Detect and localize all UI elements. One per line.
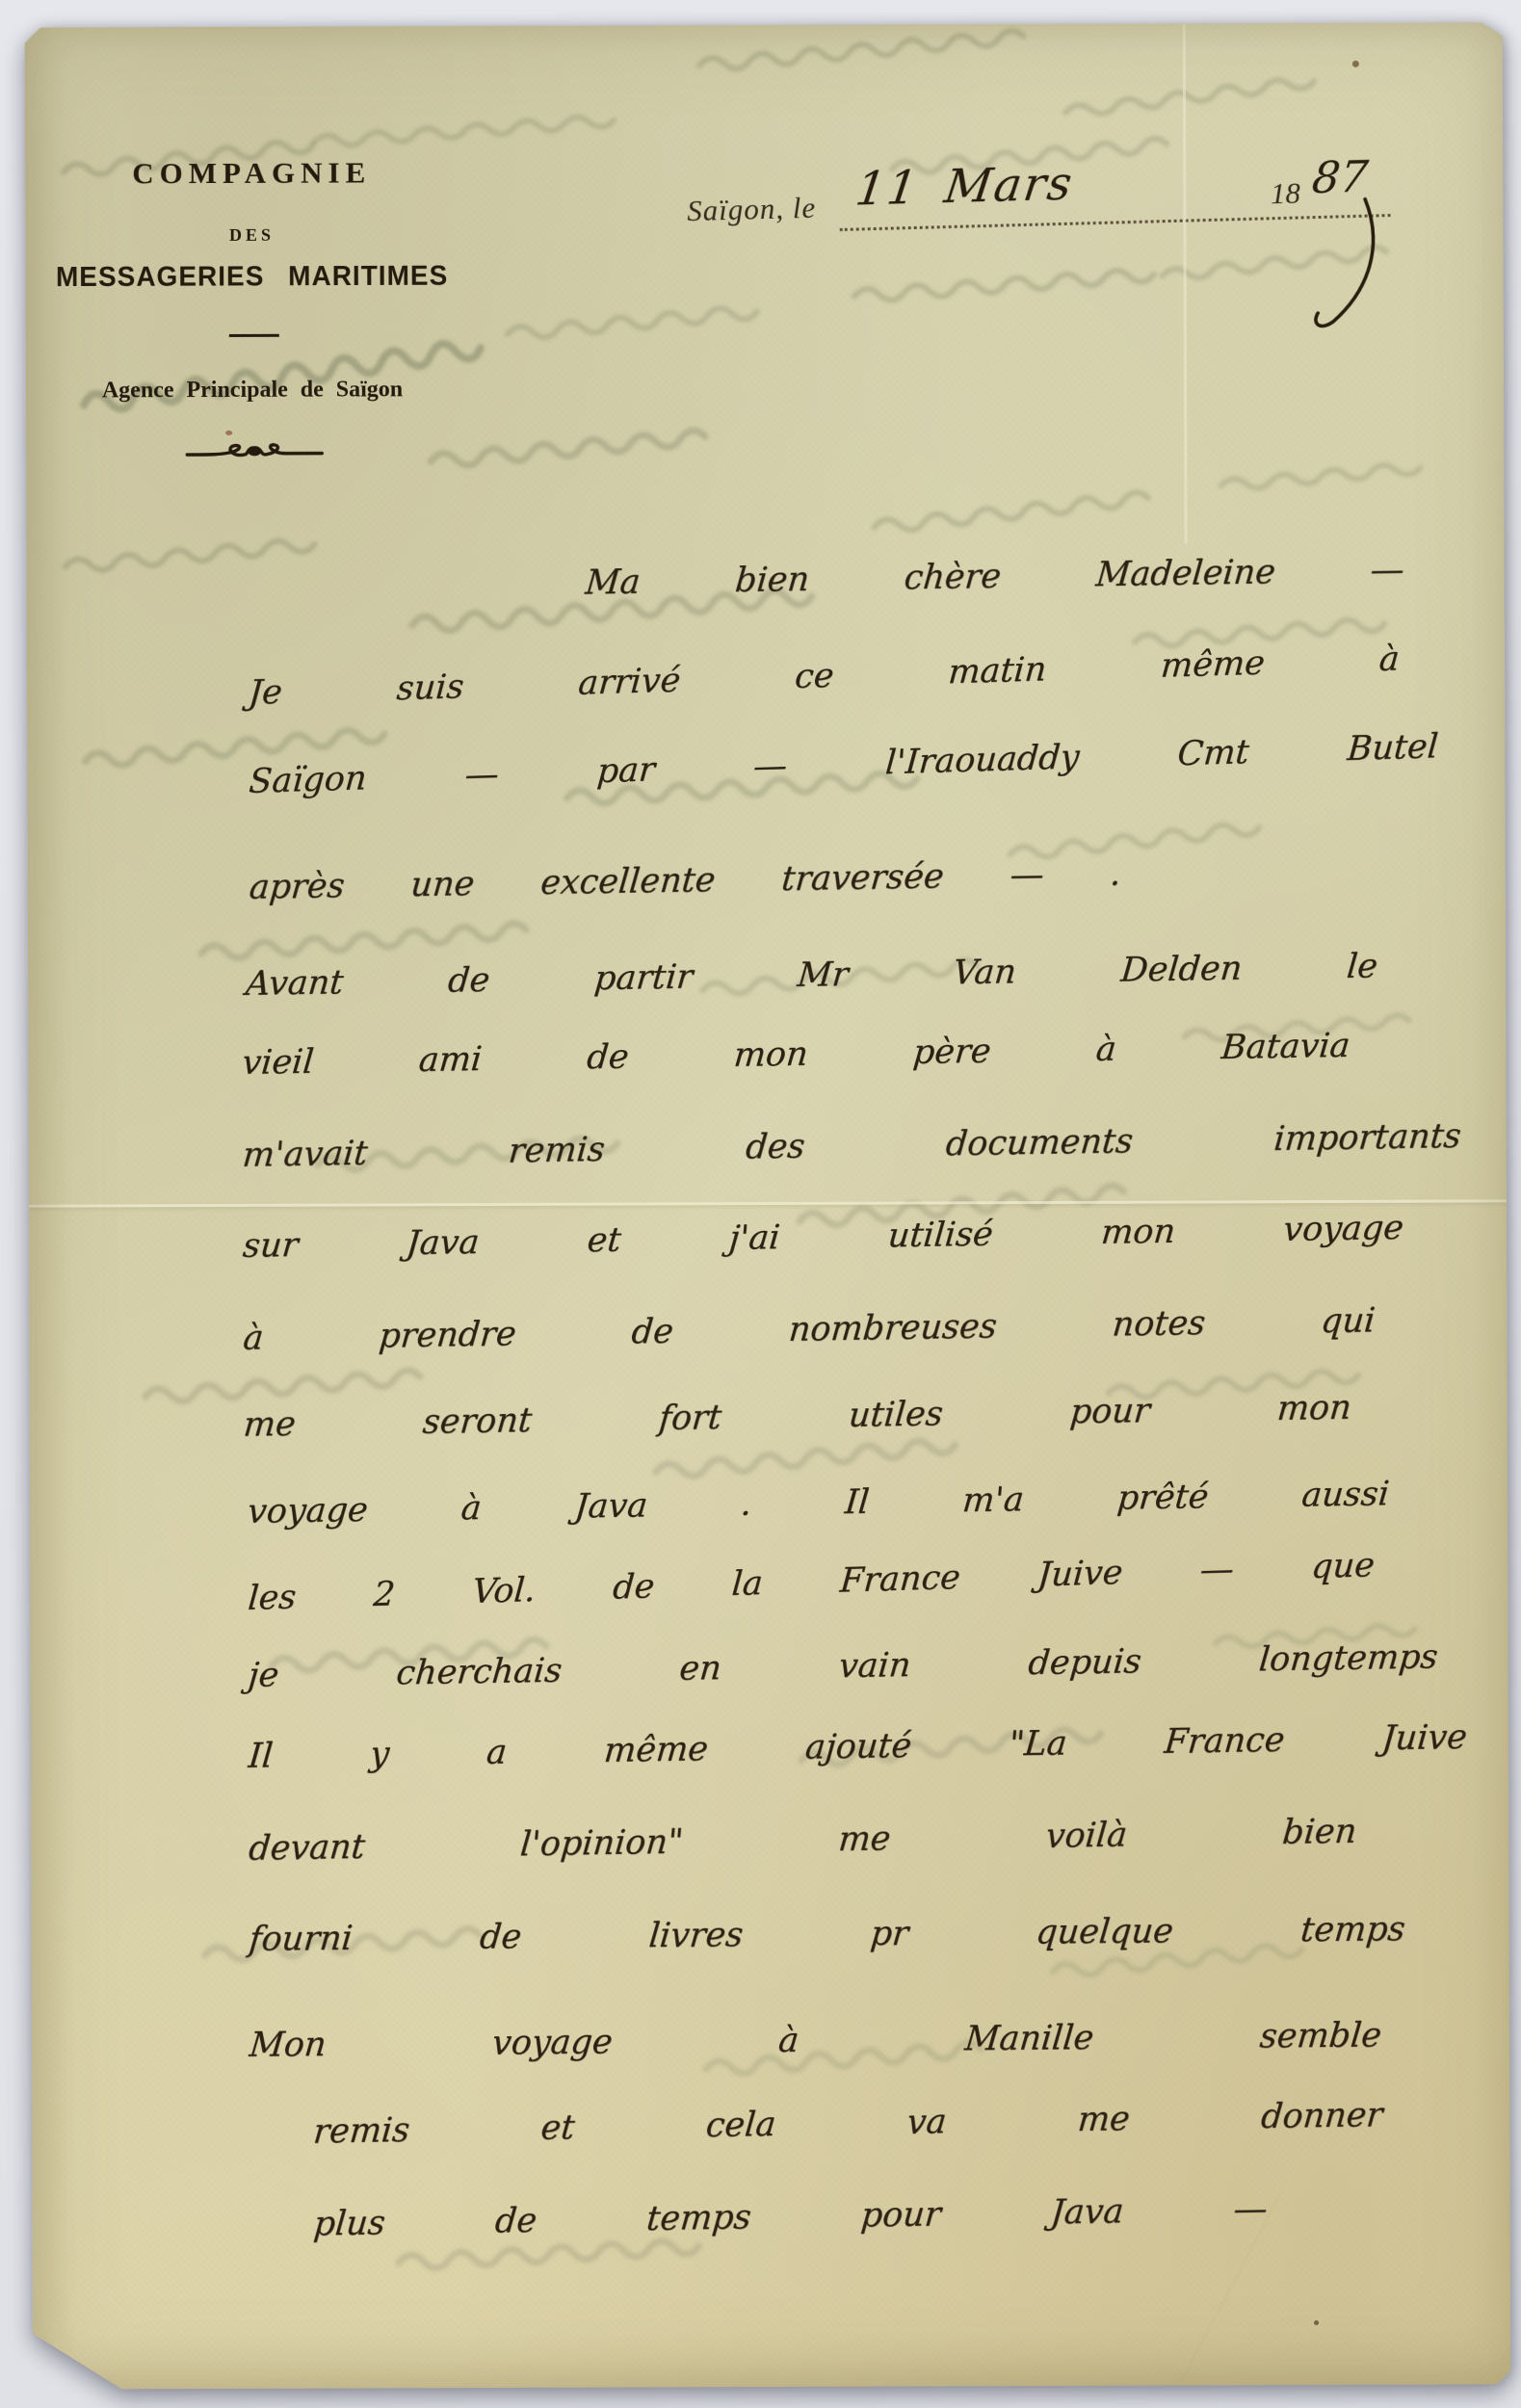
salutation-line: Ma bien chère Madeleine — [584, 551, 1405, 603]
handwritten-line-14: Il y a même ajouté "La France Juive [247, 1718, 1468, 1776]
dateline-handwritten-year-suffix: 87 [1309, 151, 1370, 204]
handwritten-line-15: devant l'opinion" me voilà bien [248, 1813, 1358, 1869]
handwritten-line-18: remis et cela va me donner [312, 2096, 1384, 2152]
handwritten-line-13: je cherchais en vain depuis longtemps [247, 1637, 1439, 1695]
handwritten-line-19: plus de temps pour Java — [312, 2190, 1269, 2244]
handwritten-line-17: Mon voyage à Manille semble [248, 2017, 1383, 2066]
handwritten-line-04: après une excellente traversée — . [248, 855, 1122, 908]
handwritten-line-12: les 2 Vol. de la France Juive — que [247, 1546, 1377, 1618]
letterhead-divider [229, 334, 279, 337]
handwritten-line-08: sur Java et j'ai utilisé mon voyage [241, 1209, 1404, 1266]
handwritten-line-09: à prendre de nombreuses notes qui [242, 1301, 1377, 1358]
photo-backdrop: { "letterhead": { "company_line1": "COMP… [0, 0, 1521, 2408]
handwritten-line-02: Je suis arrivé ce matin même à [248, 640, 1402, 713]
letterhead-block: COMPAGNIE DES MESSAGERIES MARITIMES Agen… [78, 26, 425, 27]
dateline-printed-place: Saïgon, le [687, 191, 817, 228]
dateline: Saïgon, le 11 Mars 18 87 [686, 151, 1442, 363]
handwritten-line-05: Avant de partir Mr Van Delden le [244, 947, 1378, 1004]
ink-speck [1352, 61, 1359, 67]
red-speck [225, 431, 232, 435]
dateline-printed-year-prefix: 18 [1270, 175, 1300, 211]
handwritten-line-03: Saïgon — par — l'Iraouaddy Cmt Butel [248, 727, 1439, 801]
handwritten-line-06: vieil ami de mon père à Batavia [241, 1027, 1351, 1083]
letterhead-agency-line: Agence Principale de Saïgon [50, 377, 455, 404]
letter-page-wrapper: COMPAGNIE DES MESSAGERIES MARITIMES Agen… [25, 22, 1511, 2389]
dateline-dotted-line [840, 214, 1391, 231]
paper-crease-horizontal [29, 1199, 1507, 1207]
handwritten-line-16: fourni de livres pr quelque temps [248, 1910, 1407, 1959]
handwritten-line-07: m'avait remis des documents importants [241, 1117, 1462, 1175]
handwritten-line-10: me seront fort utiles pour mon [242, 1389, 1352, 1445]
letterhead-flourish-ornament [185, 441, 324, 467]
letterhead-company-line2: DES [78, 224, 425, 246]
handwritten-line-11: voyage à Java . Il m'a prêté aussi [246, 1475, 1390, 1531]
ink-speck-small [1314, 2320, 1319, 2325]
letter-page: COMPAGNIE DES MESSAGERIES MARITIMES Agen… [25, 22, 1511, 2389]
letterhead-company-line1: COMPAGNIE [78, 155, 425, 191]
dateline-handwritten-day-month: 11 Mars [852, 157, 1077, 217]
letterhead-company-line3: MESSAGERIES MARITIMES [40, 259, 464, 293]
